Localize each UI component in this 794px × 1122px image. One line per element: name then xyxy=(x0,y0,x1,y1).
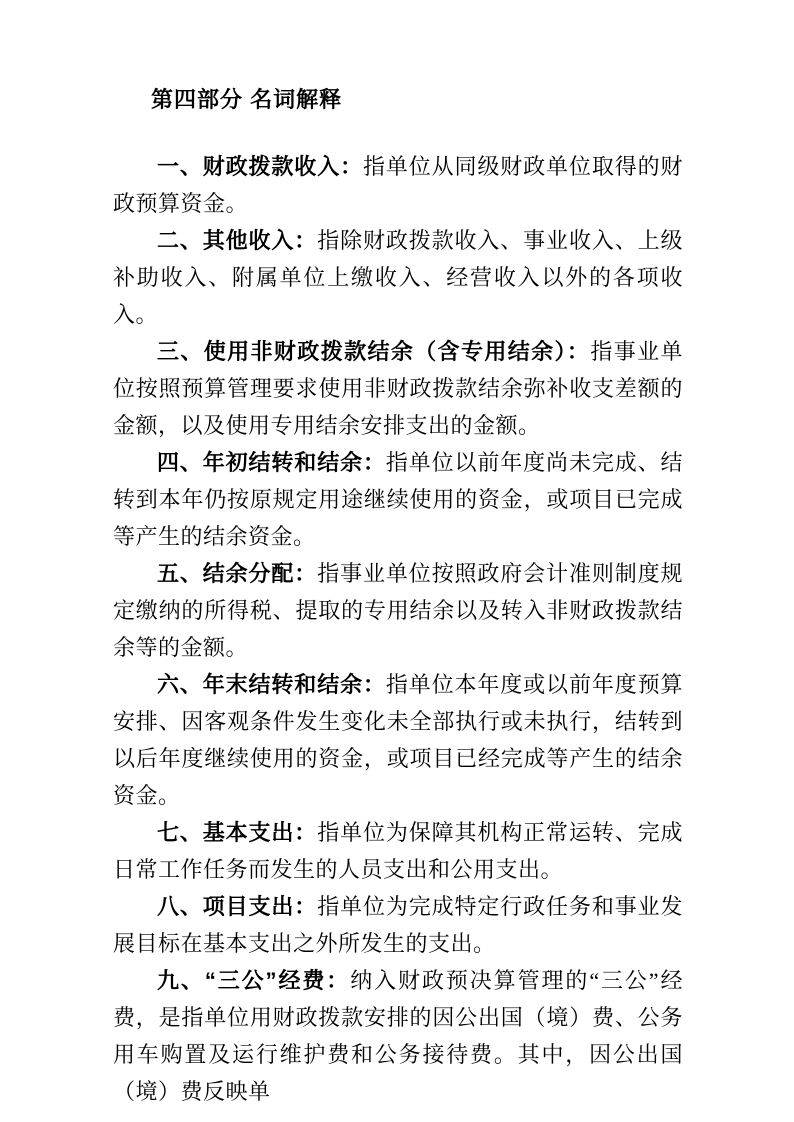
term-paragraph: 九、“三公”经费：纳入财政预决算管理的“三公”经费，是指单位用财政拨款安排的因公… xyxy=(113,962,683,1110)
term-label: 四、年初结转和结余： xyxy=(157,450,386,475)
term-paragraph: 五、结余分配：指事业单位按照政府会计准则制度规定缴纳的所得税、提取的专用结余以及… xyxy=(113,555,683,666)
term-paragraph: 一、财政拨款收入：指单位从同级财政单位取得的财政预算资金。 xyxy=(113,148,683,222)
section-title: 第四部分 名词解释 xyxy=(113,86,683,114)
term-label: 八、项目支出： xyxy=(157,894,317,919)
term-paragraph: 二、其他收入：指除财政拨款收入、事业收入、上级补助收入、附属单位上缴收入、经营收… xyxy=(113,222,683,333)
term-label: 一、财政拨款收入： xyxy=(157,154,363,179)
term-label: 三、使用非财政拨款结余（含专用结余）： xyxy=(157,339,590,364)
document-page: 第四部分 名词解释 一、财政拨款收入：指单位从同级财政单位取得的财政预算资金。 … xyxy=(0,0,794,1122)
term-paragraph: 三、使用非财政拨款结余（含专用结余）：指事业单位按照预算管理要求使用非财政拨款结… xyxy=(113,333,683,444)
term-label: 九、“三公”经费： xyxy=(157,968,350,993)
term-label: 二、其他收入： xyxy=(157,228,317,253)
term-label: 六、年末结转和结余： xyxy=(157,672,386,697)
term-paragraph: 六、年末结转和结余：指单位本年度或以前年度预算安排、因客观条件发生变化未全部执行… xyxy=(113,666,683,814)
term-paragraph: 八、项目支出：指单位为完成特定行政任务和事业发展目标在基本支出之外所发生的支出。 xyxy=(113,888,683,962)
term-label: 五、结余分配： xyxy=(157,561,317,586)
term-paragraph: 四、年初结转和结余：指单位以前年度尚未完成、结转到本年仍按原规定用途继续使用的资… xyxy=(113,444,683,555)
term-label: 七、基本支出： xyxy=(157,820,317,845)
term-paragraph: 七、基本支出：指单位为保障其机构正常运转、完成日常工作任务而发生的人员支出和公用… xyxy=(113,814,683,888)
document-body: 一、财政拨款收入：指单位从同级财政单位取得的财政预算资金。 二、其他收入：指除财… xyxy=(113,148,683,1110)
